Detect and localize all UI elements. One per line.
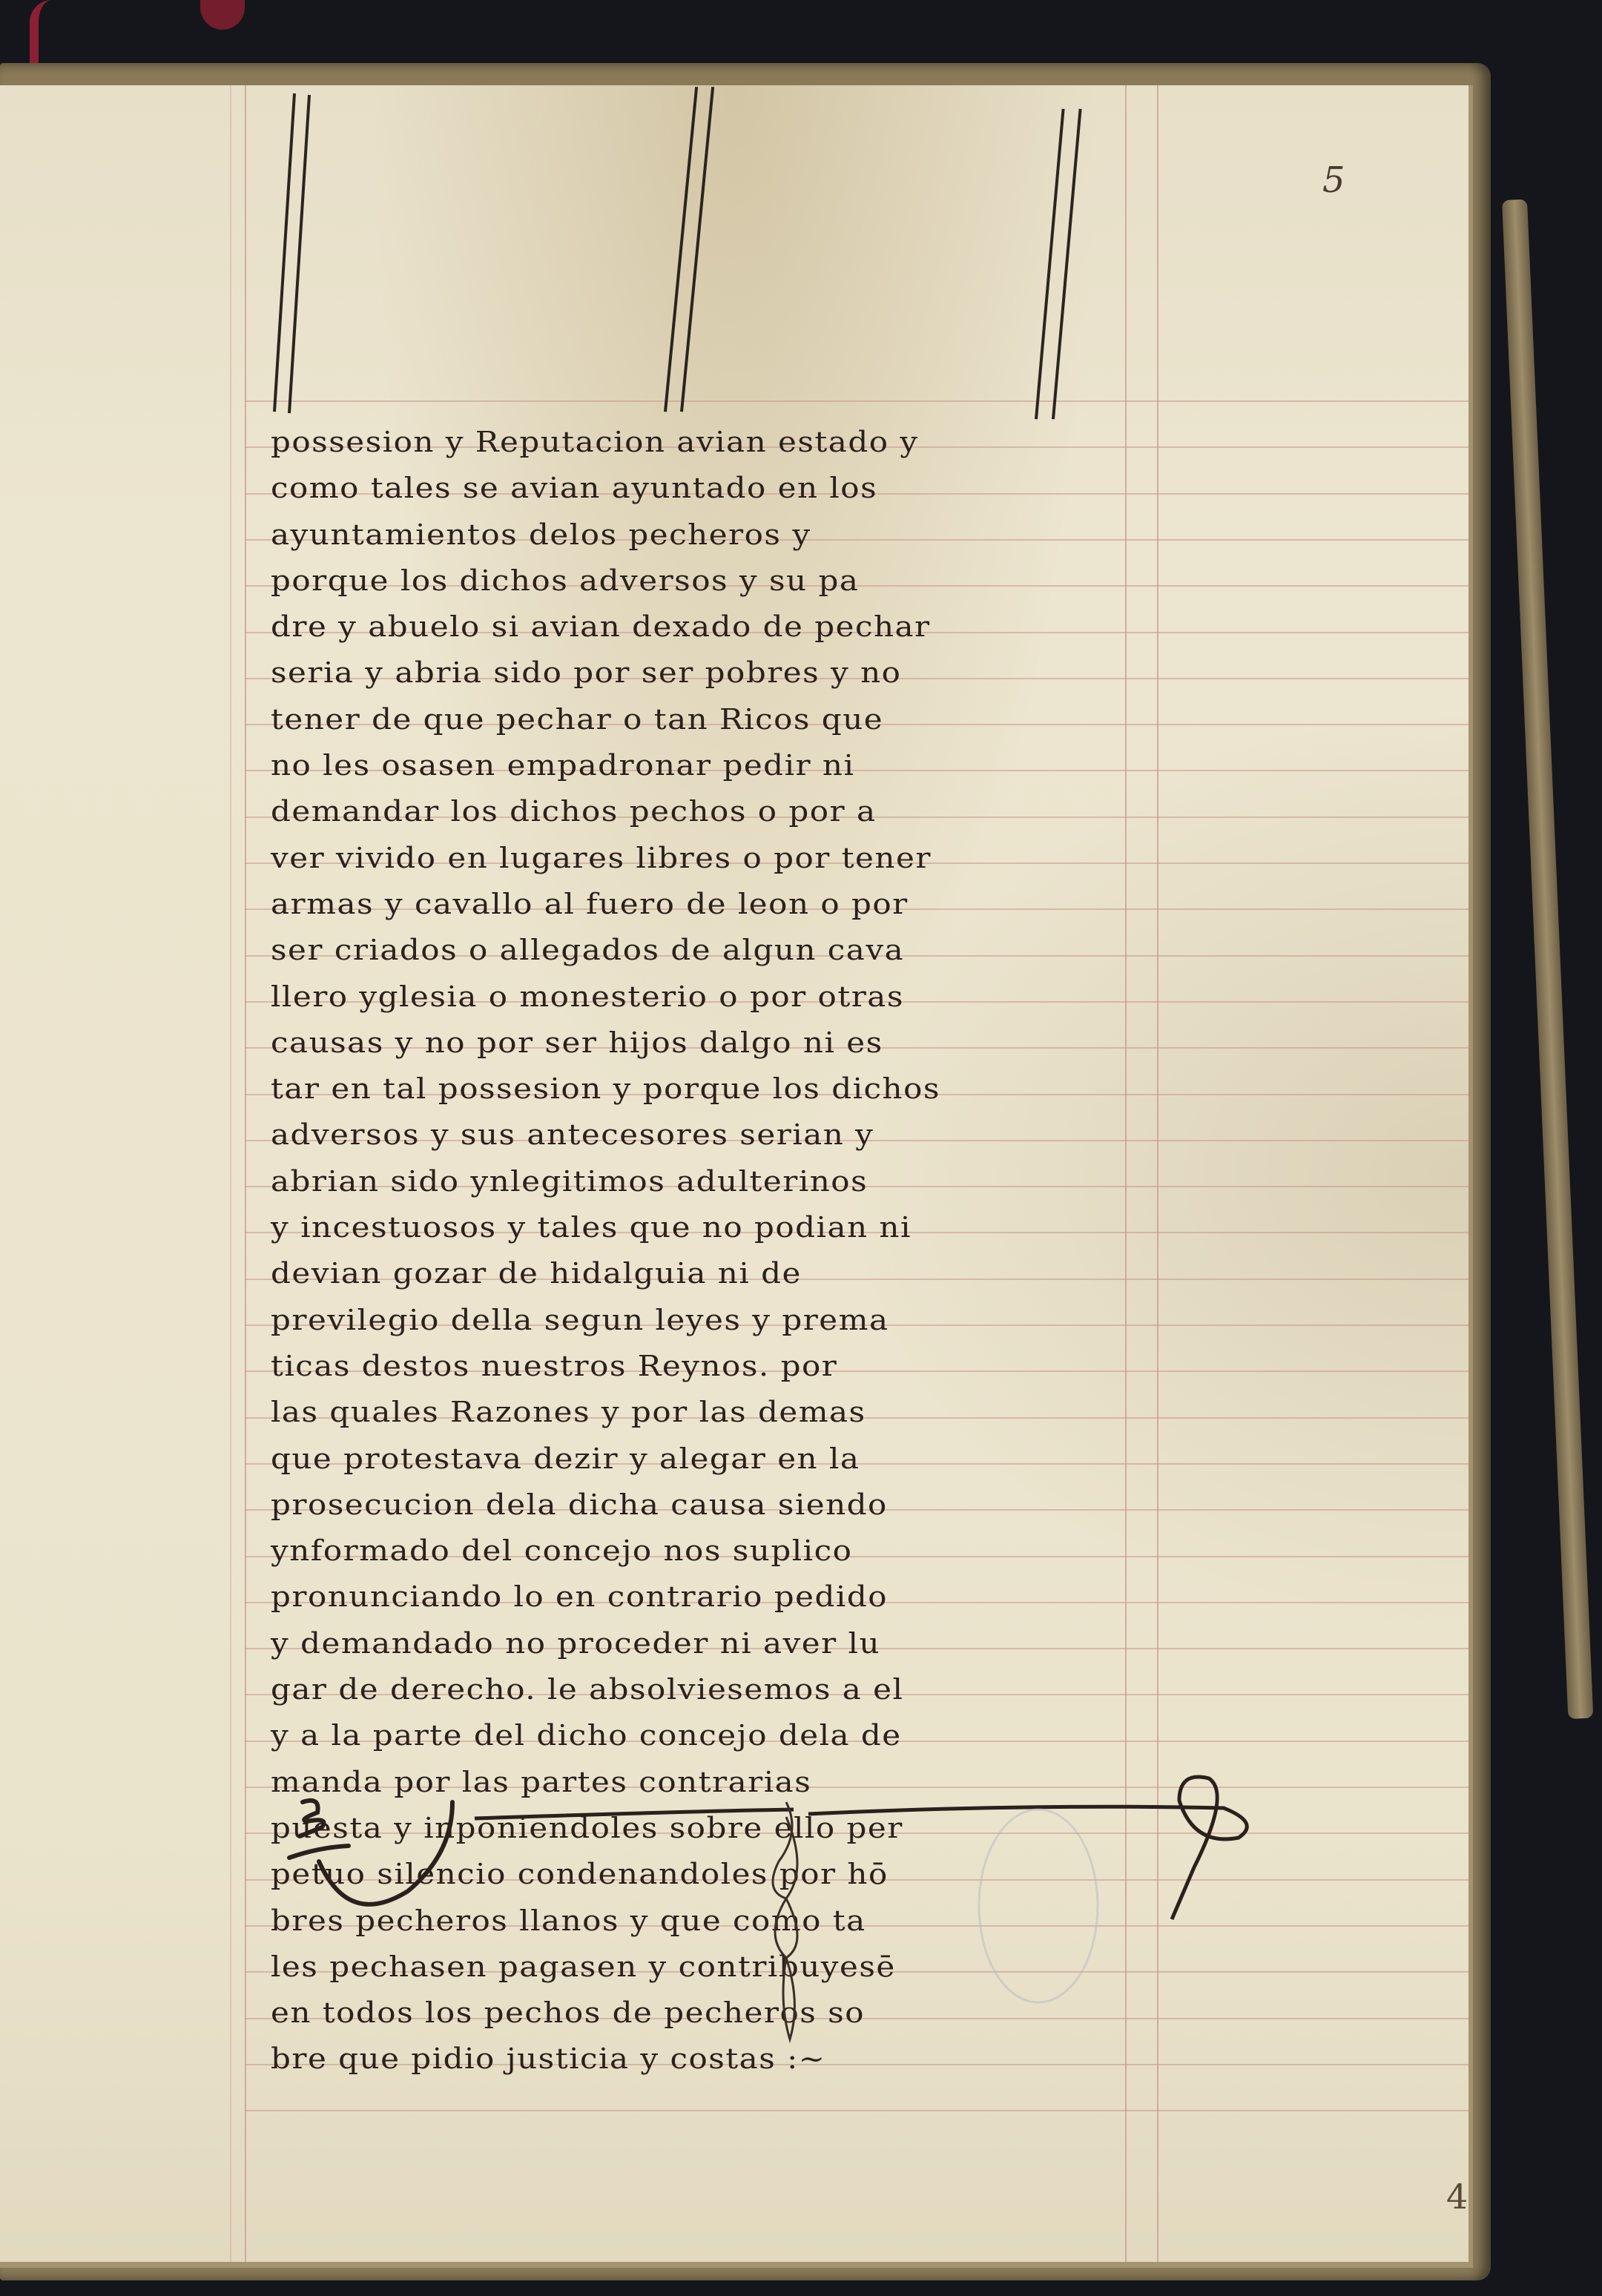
closing-flourishes <box>0 0 1602 2296</box>
rubric-underline <box>475 1777 1247 1919</box>
faint-bleedthrough-oval <box>979 1810 1098 2002</box>
folio-number-bottom: 4 <box>1446 2177 1468 2217</box>
rubric-left <box>289 1801 452 1904</box>
paraph-center <box>773 1802 797 2039</box>
